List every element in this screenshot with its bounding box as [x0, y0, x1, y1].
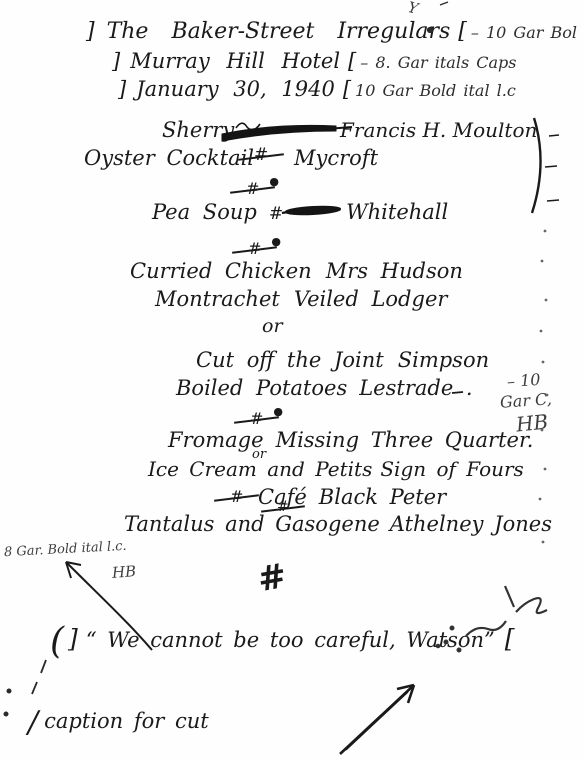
ink-blot — [285, 205, 341, 217]
menu-line-tantalus: Tantalus and GasogeneAthelney Jones — [124, 513, 552, 536]
typeset-bracket-open: ] — [86, 19, 95, 44]
caption-text: caption for cut — [44, 709, 209, 733]
margin-note-left-initials: HB — [111, 563, 136, 581]
hash-mark-icon: # — [248, 240, 261, 258]
menu-pairing-chicken: Mrs Hudson — [326, 259, 463, 283]
venue-text: Murray Hill Hotel — [130, 49, 340, 73]
typeset-bracket-close: [ — [348, 49, 356, 73]
typeset-bracket-open: ] — [112, 49, 120, 73]
typeset-note: 10 Gar Bold ital l.c — [355, 81, 516, 100]
menu-line-icecream: Ice Cream and PetitsSign of Fours — [148, 458, 524, 480]
menu-line-joint: Cut off the JointSimpson — [196, 349, 489, 372]
menu-line-chicken: Curried ChickenMrs Hudson — [130, 260, 463, 283]
space-mark: #● — [250, 406, 283, 428]
title-line-3: ]January 30, 1940[10 Gar Bold ital l.c — [118, 78, 516, 101]
quote-text: “ We cannot be too careful, Watson” — [86, 628, 495, 652]
margin-note-right-1: – 10 — [506, 371, 541, 391]
big-hash-mark: # — [255, 558, 290, 600]
menu-item-fromage: Fromage — [168, 428, 264, 452]
strikeout-blot — [222, 123, 352, 141]
menu-pairing-oyster: Mycroft — [294, 147, 378, 170]
typeset-note: – 8. Gar itals Caps — [360, 53, 516, 72]
typeset-bracket-close: [ — [343, 77, 351, 101]
menu-pairing-wine: Veiled Lodger — [294, 287, 448, 311]
space-mark: #● — [248, 236, 281, 258]
item-text: Pea Soup — [152, 200, 257, 224]
date-text: January 30, 1940 — [136, 77, 335, 101]
slash-mark: / — [28, 705, 38, 740]
typeset-bracket-close: [ — [458, 19, 467, 44]
hash-mark-icon: # — [246, 180, 259, 198]
typeset-note: – 10 Gar Bol — [471, 23, 577, 42]
paren-mark: ( — [50, 621, 64, 662]
space-mark: #● — [246, 176, 279, 198]
typeset-bracket-close: [ — [505, 624, 515, 653]
hash-mark-icon: # — [269, 205, 283, 224]
title-line-1: ]The Baker-Street Irregulars[– 10 Gar Bo… — [86, 20, 577, 44]
menu-item-potatoes: Boiled Potatoes — [176, 376, 347, 400]
pairing-text: Whitehall — [346, 200, 448, 224]
menu-pairing-icecream: Sign of Fours — [380, 457, 523, 481]
menu-item-icecream: Ice Cream and Petits — [148, 457, 372, 481]
hash-mark-icon: # — [254, 146, 268, 165]
menu-item-sherry: Sherry — [162, 119, 234, 142]
hash-mark-icon: # — [230, 488, 243, 506]
menu-line-fromage: FromageMissing Three Quarter. — [168, 429, 533, 452]
menu-item-wine: Montrachet — [155, 287, 280, 311]
menu-line-potatoes: Boiled PotatoesLestrade . — [176, 377, 473, 400]
typeset-bracket-open: ] — [68, 624, 78, 653]
menu-item-soup: Pea Soup#Whitehall — [152, 201, 448, 224]
typeset-bracket-open: ] — [118, 77, 126, 101]
menu-item-joint: Cut off the Joint — [196, 348, 384, 372]
margin-note-right-2: Gar C, — [499, 390, 552, 411]
caption-note: /caption for cut — [28, 706, 209, 739]
space-mark: # — [254, 146, 268, 165]
quote-line: (]“ We cannot be too careful, Watson”[ — [50, 622, 515, 662]
menu-pairing-sherry: Francis H. Moulton — [340, 119, 537, 141]
manuscript-page: Y ]The Baker-Street Irregulars[– 10 Gar … — [0, 0, 585, 760]
hash-mark-icon: # — [250, 410, 263, 428]
title-line-2: ]Murray Hill Hotel[– 8. Gar itals Caps — [112, 50, 516, 73]
menu-pairing-cafe: Black Peter — [319, 485, 446, 509]
space-mark: # — [230, 488, 243, 506]
menu-item-tantalus: Tantalus and Gasogene — [124, 512, 380, 536]
menu-line-wine: MontrachetVeiled Lodger — [155, 288, 447, 311]
title-text: The Baker-Street Irregulars — [107, 19, 451, 44]
menu-pairing-tantalus: Athelney Jones — [390, 512, 552, 536]
menu-pairing-joint: Simpson — [398, 348, 489, 372]
menu-pairing-potatoes: Lestrade . — [359, 376, 472, 400]
arrow-up-right-icon — [340, 685, 414, 754]
menu-item-oyster: Oyster Cocktail — [84, 147, 254, 170]
stray-mark-y: Y — [406, 0, 420, 17]
or-word: or — [262, 316, 283, 337]
menu-item-chicken: Curried Chicken — [130, 259, 312, 283]
menu-pairing-fromage: Missing Three Quarter. — [276, 428, 534, 452]
margin-note-left: 8 Gar. Bold ital l.c. — [4, 540, 127, 561]
